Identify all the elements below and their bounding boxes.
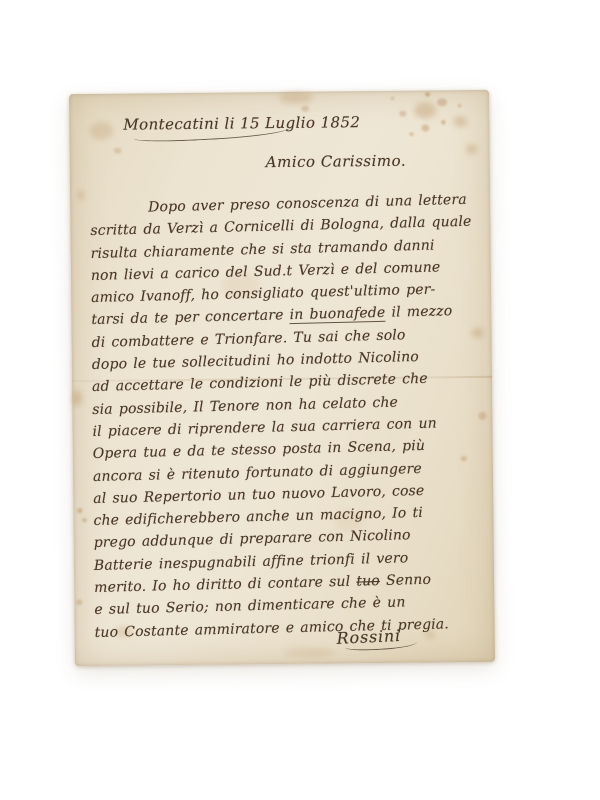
struck-word: tuo <box>356 573 380 590</box>
signature-text: Rossini <box>336 626 401 648</box>
photo-stage: Montecatini li 15 Luglio 1852 Amico Cari… <box>0 0 600 800</box>
foxing-spot <box>399 111 406 117</box>
underlined-phrase: in buonafede <box>289 305 385 324</box>
foxing-spot <box>77 508 82 513</box>
line-text: il mezzo <box>385 304 452 322</box>
foxing-spot <box>421 124 429 131</box>
letter-salutation: Amico Carissimo. <box>266 152 407 171</box>
foxing-spot <box>414 102 436 118</box>
foxing-spot <box>466 144 478 154</box>
line-text: tarsi da te per concertare <box>91 308 290 329</box>
foxing-spot <box>76 599 82 605</box>
letter-dateline: Montecatini li 15 Luglio 1852 <box>123 113 360 140</box>
foxing-spot <box>391 97 394 100</box>
foxing-spot <box>279 92 313 104</box>
foxing-spot <box>82 518 86 522</box>
letter-signature: Rossini <box>336 625 417 652</box>
foxing-spot <box>89 122 113 140</box>
foxing-spot <box>437 98 447 106</box>
foxing-spot <box>453 116 467 127</box>
foxing-spot <box>458 104 461 107</box>
foxing-spot <box>78 190 84 200</box>
foxing-spot <box>441 120 445 124</box>
foxing-spot <box>409 133 413 136</box>
foxing-spot <box>425 92 430 96</box>
letter-body: Dopo aver preso conoscenza di una letter… <box>90 194 483 644</box>
foxing-spot <box>301 106 309 112</box>
foxing-spot <box>114 148 122 154</box>
foxing-stains <box>69 90 489 94</box>
foxing-spot <box>285 647 335 658</box>
letter-sheet: Montecatini li 15 Luglio 1852 Amico Cari… <box>69 90 495 666</box>
foxing-spot <box>72 390 82 406</box>
line-text: Senno <box>380 572 432 589</box>
